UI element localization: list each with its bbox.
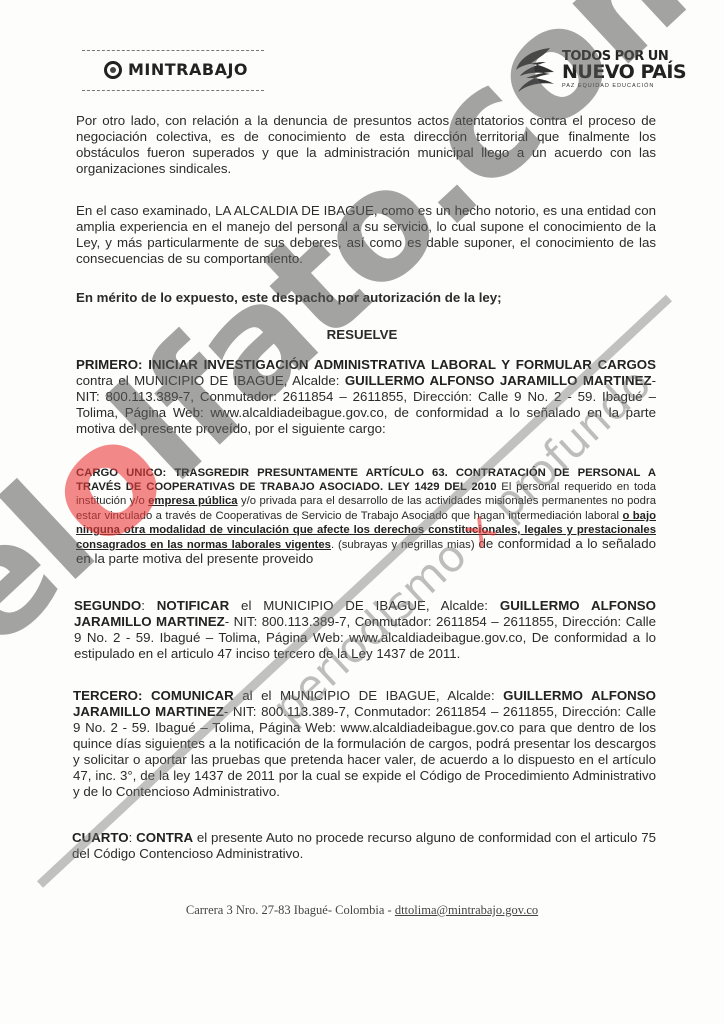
tercero-text-1: al el MUNICIPIO DE IBAGUE, Alcalde:	[234, 688, 503, 703]
nuevo-pais-line2: NUEVO PAÍS	[562, 63, 686, 82]
cargo-underlined-1: empresa pública	[148, 495, 237, 507]
primero-alcalde-name: GUILLERMO ALFONSO JARAMILLO MARTINEZ	[345, 373, 652, 388]
footer-address: Carrera 3 Nro. 27-83 Ibagué- Colombia -	[186, 903, 395, 917]
footer-email-link[interactable]: dttolima@mintrabajo.gov.co	[395, 903, 538, 917]
mintrabajo-logo-text: MINTRABAJO	[128, 60, 248, 79]
segundo-label: SEGUNDO	[74, 598, 141, 613]
article-cuarto: CUARTO: CONTRA el presente Auto no proce…	[72, 830, 656, 862]
segundo-text-1: el MUNICIPIO DE IBAGUE, Alcalde:	[229, 598, 500, 613]
colombia-seal-icon	[104, 61, 122, 79]
nuevo-pais-logo: TODOS POR UN NUEVO PAÍS PAZ EQUIDAD EDUC…	[510, 44, 686, 96]
paragraph-caso-examinado: En el caso examinado, LA ALCALDIA DE IBA…	[76, 203, 656, 267]
document-page: MINTRABAJO TODOS POR UN NUEVO PAÍS PAZ E…	[0, 0, 724, 1024]
nuevo-pais-line3: PAZ EQUIDAD EDUCACIÓN	[562, 84, 686, 90]
page-footer: Carrera 3 Nro. 27-83 Ibagué- Colombia - …	[0, 903, 724, 918]
resuelve-heading: RESUELVE	[0, 327, 724, 342]
primero-text-1: contra el MUNICIPIO DE IBAGUE, Alcalde:	[76, 373, 345, 388]
segundo-separator: :	[141, 598, 157, 613]
header-rule-bottom	[82, 90, 264, 91]
article-segundo: SEGUNDO: NOTIFICAR el MUNICIPIO DE IBAGU…	[74, 598, 656, 662]
primero-heading: PRIMERO: INICIAR INVESTIGACIÓN ADMINISTR…	[76, 357, 656, 372]
segundo-action: NOTIFICAR	[157, 598, 229, 613]
mintrabajo-logo: MINTRABAJO	[104, 60, 248, 79]
paragraph-merito: En mérito de lo expuesto, este despacho …	[76, 290, 656, 306]
header-rule-top	[82, 50, 264, 51]
article-tercero: TERCERO: COMUNICAR al el MUNICIPIO DE IB…	[73, 688, 656, 800]
cargo-unico: CARGO UNICO: TRASGREDIR PRESUNTAMENTE AR…	[76, 466, 656, 567]
cuarto-action: CONTRA	[136, 830, 193, 845]
tercero-label: TERCERO: COMUNICAR	[73, 688, 234, 703]
nuevo-pais-mark-icon	[510, 44, 558, 96]
paragraph-negociacion: Por otro lado, con relación a la denunci…	[76, 113, 656, 177]
